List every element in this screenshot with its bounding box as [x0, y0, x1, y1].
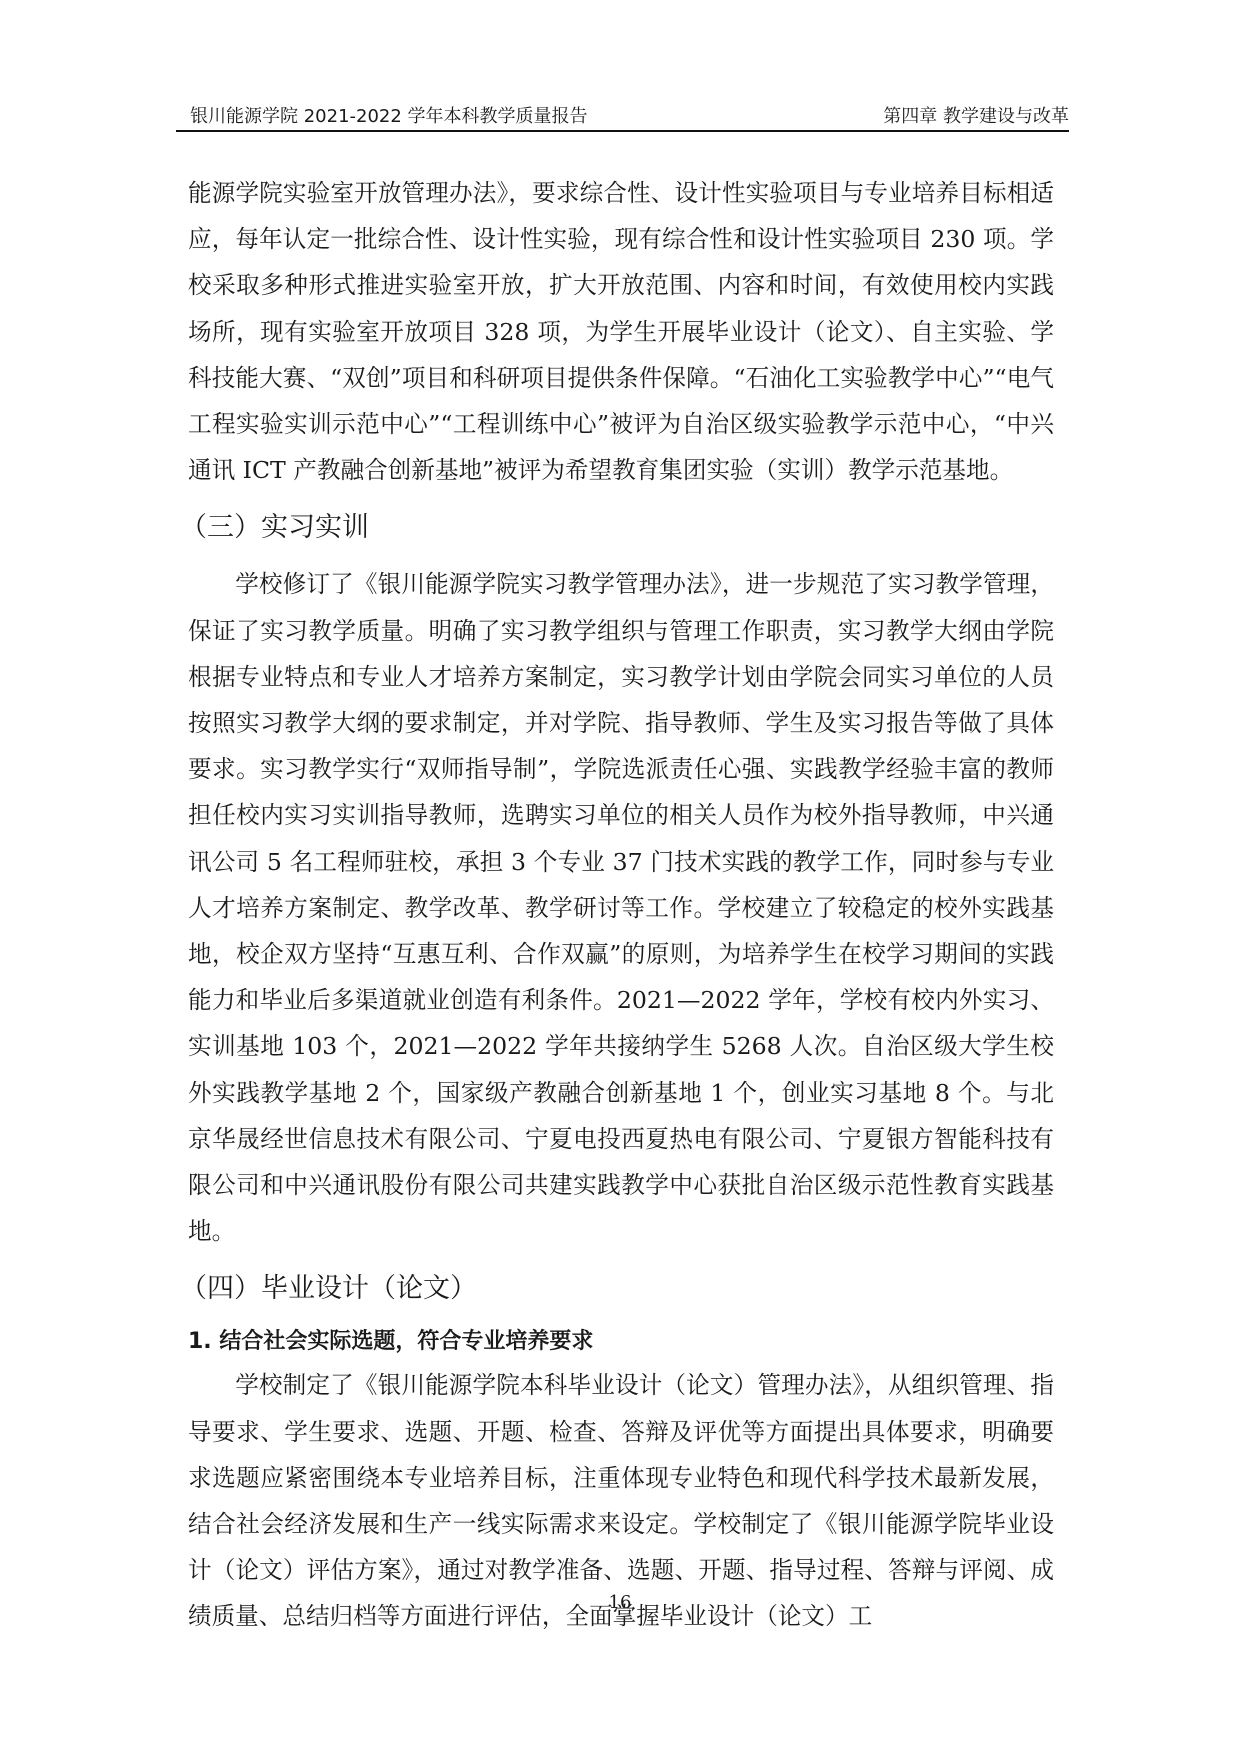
- paragraph-internship: 学校修订了《银川能源学院实习教学管理办法》，进一步规范了实习教学管理，保证了实习…: [188, 561, 1054, 1254]
- section-heading-internship: （三）实习实训: [180, 499, 1054, 557]
- chapter-title: 第四章 教学建设与改革: [883, 102, 1069, 128]
- report-title: 银川能源学院 2021-2022 学年本科教学质量报告: [190, 102, 588, 128]
- page-number: 16: [0, 1592, 1240, 1613]
- page-header: 银川能源学院 2021-2022 学年本科教学质量报告 第四章 教学建设与改革: [176, 96, 1069, 132]
- paragraph-lab-opening: 能源学院实验室开放管理办法》，要求综合性、设计性实验项目与专业培养目标相适应，每…: [188, 170, 1054, 493]
- section-heading-graduation-design: （四）毕业设计（论文）: [180, 1260, 1054, 1318]
- subsection-heading-topic-selection: 1. 结合社会实际选题，符合专业培养要求: [188, 1322, 1054, 1362]
- page-content: 能源学院实验室开放管理办法》，要求综合性、设计性实验项目与专业培养目标相适应，每…: [188, 170, 1054, 1640]
